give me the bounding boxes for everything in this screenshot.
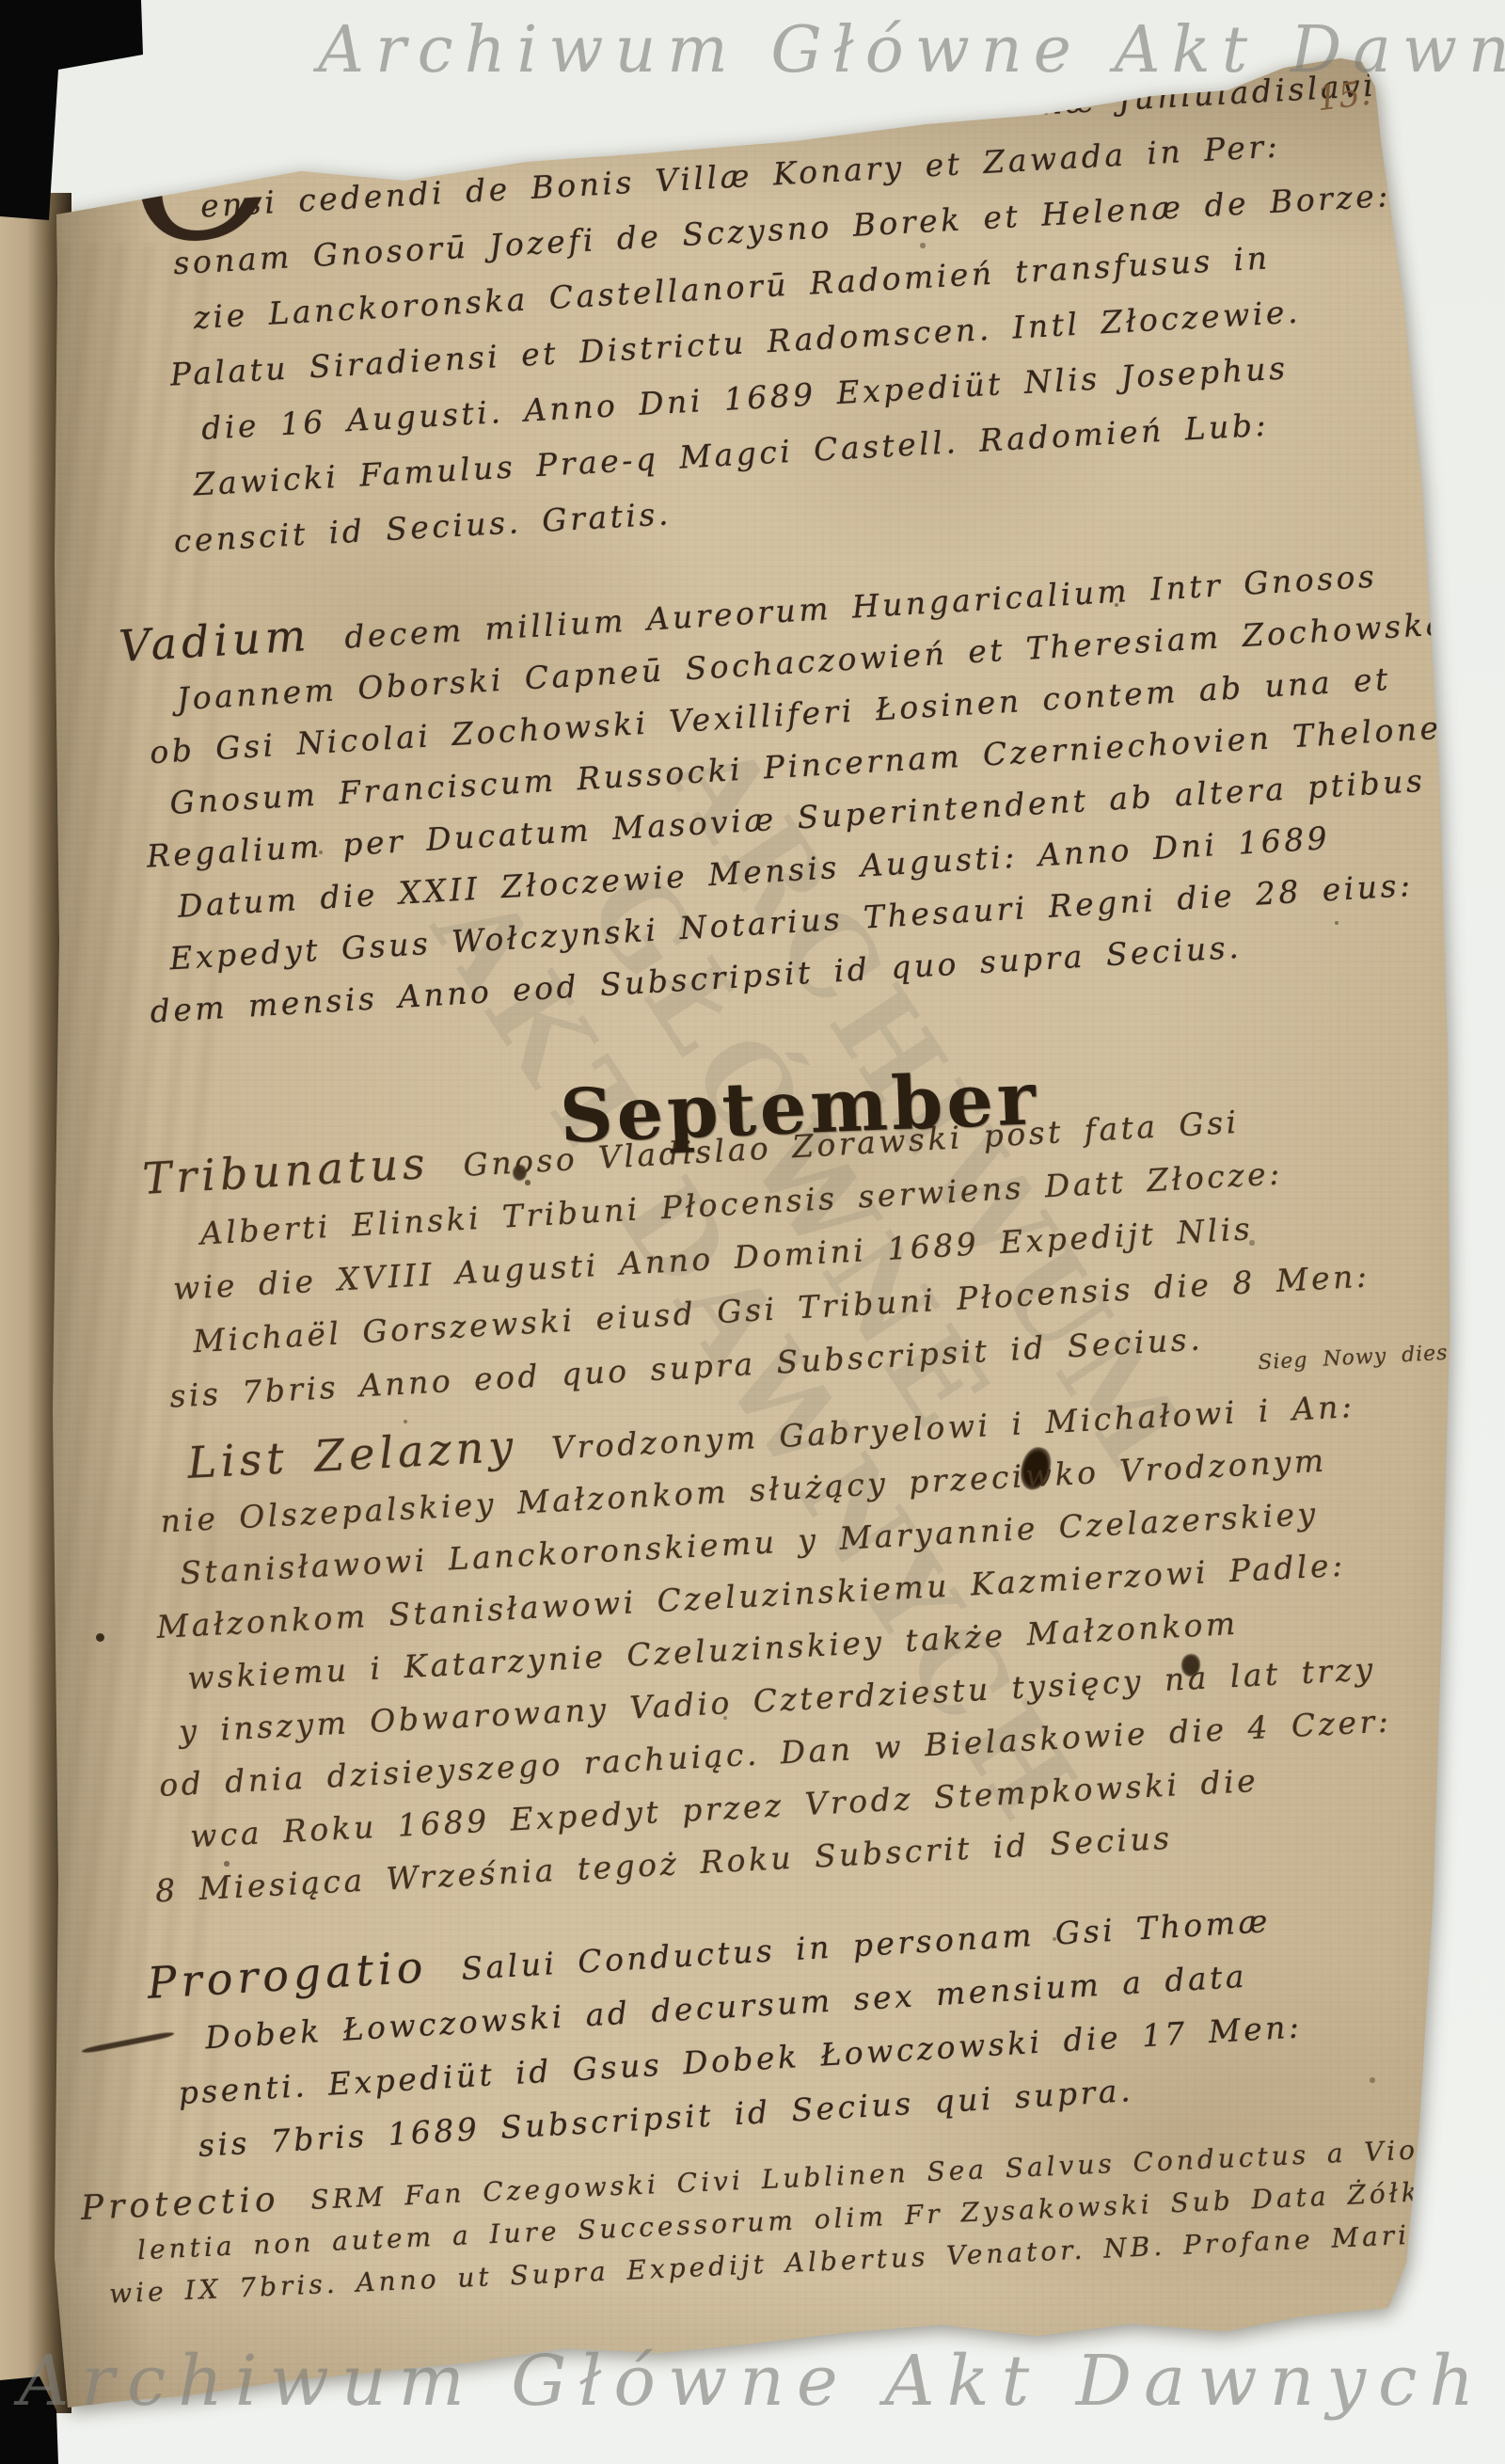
archive-watermark-top: Archiwum Główne Akt Dawnych (318, 13, 1505, 87)
archive-watermark-bottom: Archiwum Główne Akt Dawnych (19, 2341, 1486, 2422)
paragraph-consensus: Consensus: Magis Sczawirnska Palnæ Juniu… (141, 52, 1434, 570)
paragraph-prorogatio: Prorogatio Salui Conductus in personam G… (146, 1881, 1445, 2175)
entry-title: onsensus: (303, 101, 564, 166)
page-wrapper: ARCHIWUM GŁÓWNE AKT DAWNYCH 15. Septembe… (0, 0, 1505, 2464)
paragraph-vadium: Vadium decem millium Aureorum Hungarical… (118, 544, 1448, 1039)
entry-title: Tribunatus (141, 1137, 431, 1204)
manuscript: Consensus: Magis Sczawirnska Palnæ Juniu… (0, 0, 1505, 2464)
manuscript-scan: ARCHIWUM GŁÓWNE AKT DAWNYCH 15. Septembe… (0, 0, 1505, 2464)
entry-title: Vadium (118, 610, 312, 672)
paragraph-list-zelazny: Sieg Nowy diesList Zelazny Vrodzonym Gab… (132, 1371, 1463, 1917)
entry-title: Protectio (80, 2180, 280, 2228)
entry-title: List Zelazny (186, 1421, 519, 1488)
entry-title: Prorogatio (146, 1941, 429, 2009)
parchment-page: ARCHIWUM GŁÓWNE AKT DAWNYCH 15. Septembe… (0, 0, 1505, 2464)
